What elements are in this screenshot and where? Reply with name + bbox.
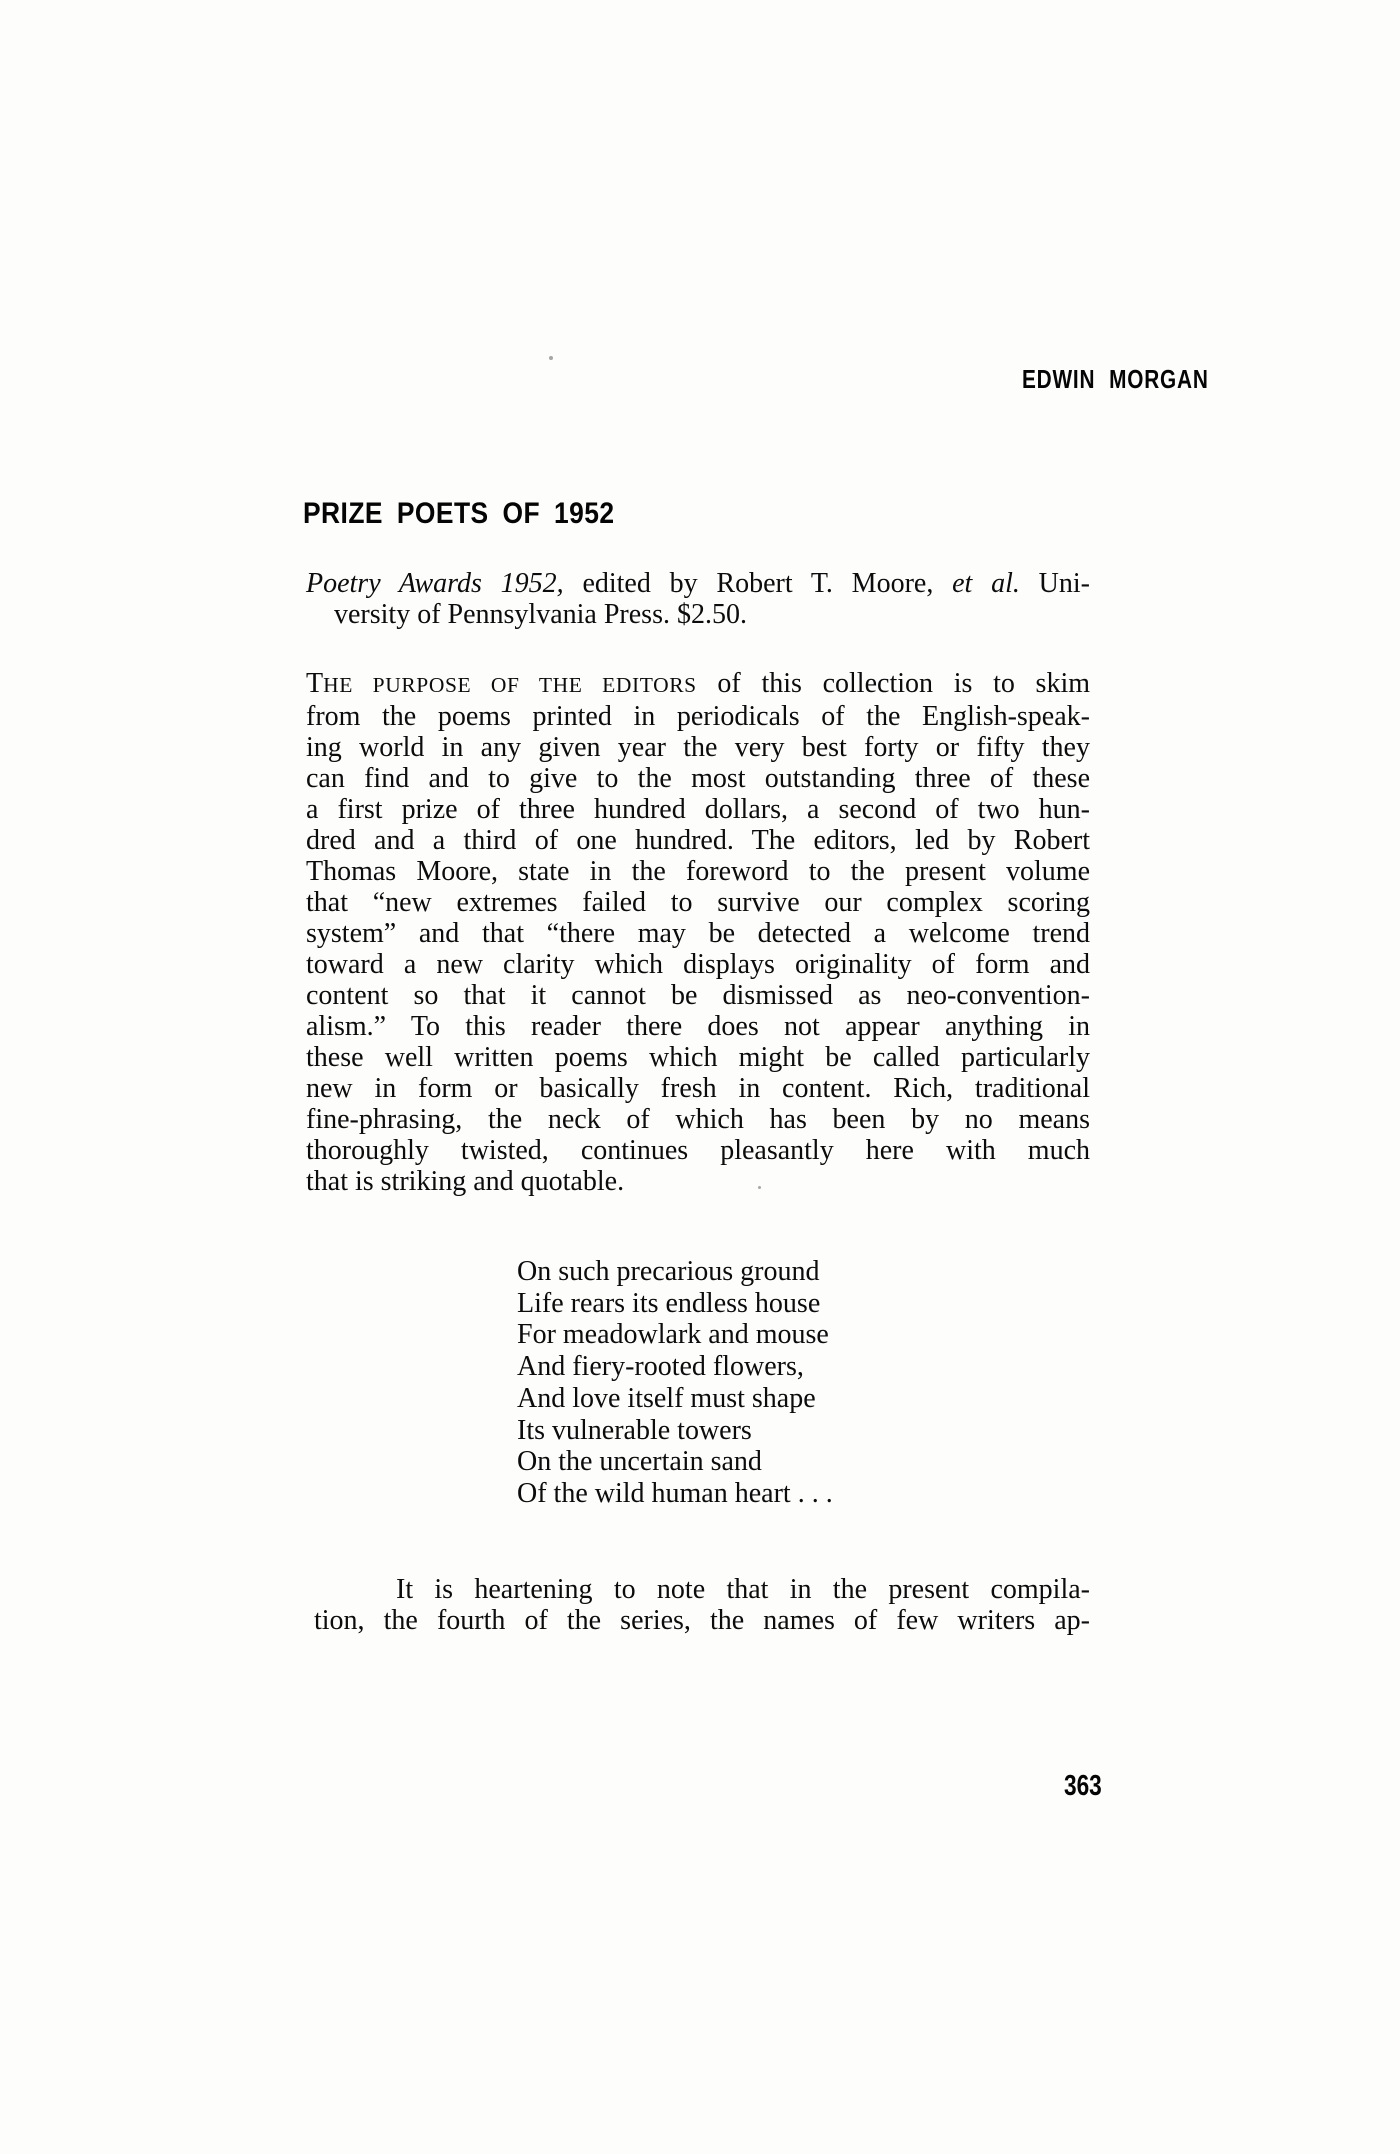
closing-line: It is heartening to note that in the pre…	[314, 1574, 1090, 1605]
closing-line: tion, the fourth of the series, the name…	[314, 1605, 1090, 1636]
body-line: content so that it cannot be dismissed a…	[306, 980, 1090, 1011]
citation-line: versity of Pennsylvania Press. $2.50.	[306, 599, 1090, 630]
body-line: these well written poems which might be …	[306, 1042, 1090, 1073]
poem-line: Of the wild human heart . . .	[517, 1478, 833, 1510]
author-header: EDWIN MORGAN	[1022, 366, 1209, 392]
body-line: ing world in any given year the very bes…	[306, 732, 1090, 763]
citation-book-title: Poetry Awards 1952,	[306, 568, 564, 599]
poem-line: On such precarious ground	[517, 1256, 833, 1288]
body-line: that is striking and quotable.	[306, 1166, 1090, 1197]
scan-speck	[549, 356, 553, 360]
page-number: 363	[1064, 1772, 1102, 1801]
body-line: can find and to give to the most outstan…	[306, 763, 1090, 794]
body-line: fine-phrasing, the neck of which has bee…	[306, 1104, 1090, 1135]
body-line: thoroughly twisted, continues pleasantly…	[306, 1135, 1090, 1166]
body-line: system” and that “there may be detected …	[306, 918, 1090, 949]
body-line: new in form or basically fresh in conten…	[306, 1073, 1090, 1104]
lead-initial: T	[306, 668, 323, 699]
body-line: toward a new clarity which displays orig…	[306, 949, 1090, 980]
citation-line: Poetry Awards 1952, edited by Robert T. …	[306, 568, 1090, 599]
poem-line: On the uncertain sand	[517, 1446, 833, 1478]
body-line: dred and a third of one hundred. The edi…	[306, 825, 1090, 856]
scanned-book-page: EDWIN MORGAN PRIZE POETS OF 1952 Poetry …	[0, 0, 1400, 2154]
body-line: that “new extremes failed to survive our…	[306, 887, 1090, 918]
citation-editors: edited by Robert T. Moore,	[564, 568, 952, 599]
body-line: THE PURPOSE OF THE EDITORS of this colle…	[306, 668, 1090, 701]
body-line: Thomas Moore, state in the foreword to t…	[306, 856, 1090, 887]
closing-paragraph: It is heartening to note that in the pre…	[314, 1574, 1090, 1636]
lead-smallcaps: HE PURPOSE OF THE EDITORS	[323, 673, 697, 697]
book-citation: Poetry Awards 1952, edited by Robert T. …	[306, 568, 1090, 630]
article-title: PRIZE POETS OF 1952	[303, 499, 614, 529]
citation-tail: Uni-	[1020, 568, 1090, 599]
citation-et-al: et al.	[952, 568, 1020, 599]
scan-speck	[536, 1624, 539, 1626]
poem-line: Life rears its endless house	[517, 1288, 833, 1320]
poem-line: For meadowlark and mouse	[517, 1319, 833, 1351]
body-line: a first prize of three hundred dollars, …	[306, 794, 1090, 825]
poem-excerpt: On such precarious ground Life rears its…	[517, 1256, 833, 1510]
body-line: alism.” To this reader there does not ap…	[306, 1011, 1090, 1042]
scan-speck	[758, 1186, 761, 1189]
body-line: from the poems printed in periodicals of…	[306, 701, 1090, 732]
poem-line: And fiery-rooted flowers,	[517, 1351, 833, 1383]
body-paragraph: THE PURPOSE OF THE EDITORS of this colle…	[306, 668, 1090, 1197]
body-line-rest: of this collection is to skim	[697, 668, 1090, 699]
poem-line: Its vulnerable towers	[517, 1415, 833, 1447]
poem-line: And love itself must shape	[517, 1383, 833, 1415]
